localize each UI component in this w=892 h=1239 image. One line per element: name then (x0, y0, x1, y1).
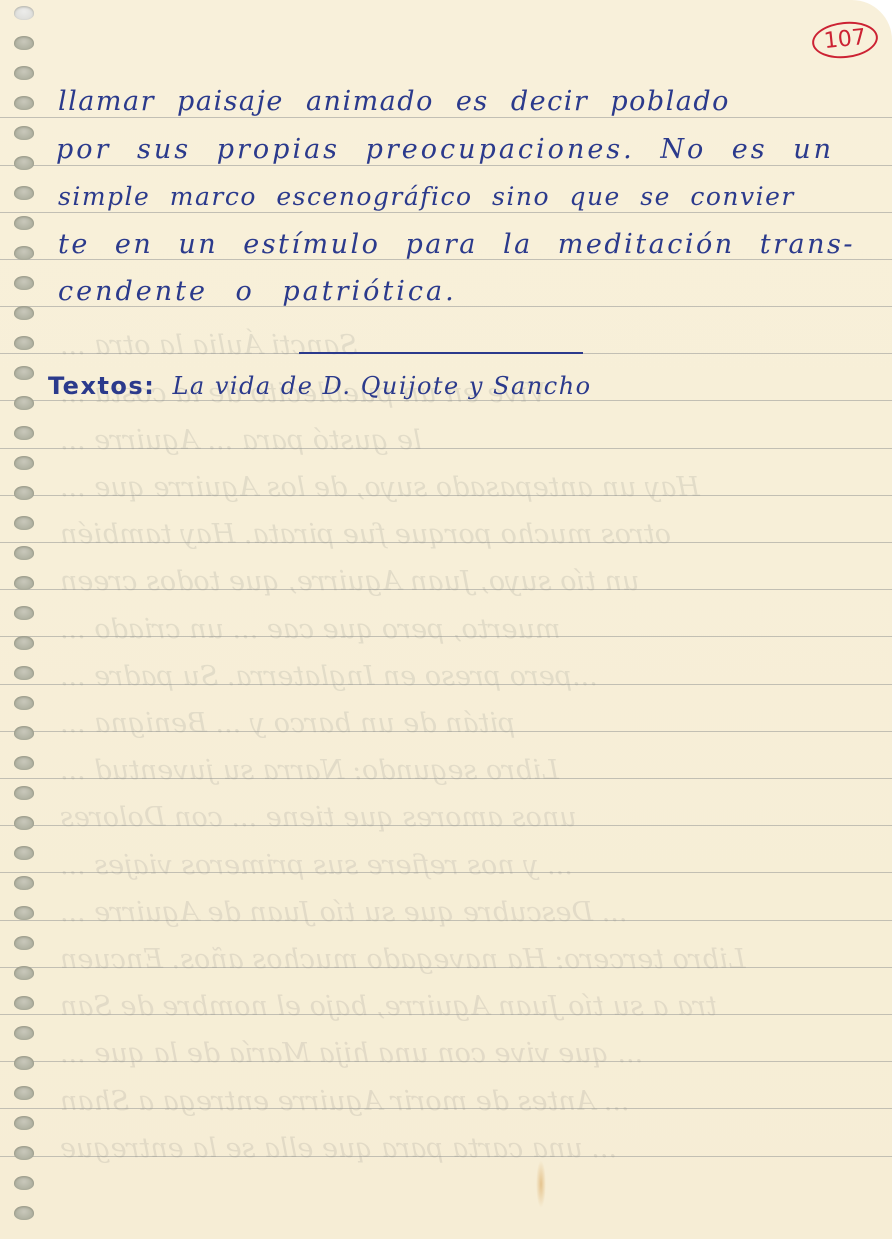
binding-hole (14, 336, 34, 350)
page-number-badge: 107 (810, 19, 879, 62)
ghost-line: otros mucho porque fue pirata. Hay tambi… (60, 519, 671, 550)
binding-hole (14, 276, 34, 290)
binding-hole (14, 1176, 34, 1190)
texts-label: Textos: (48, 372, 155, 400)
ghost-line: Libro tercero: Ha navegado muchos años. … (60, 944, 746, 975)
binding-hole (14, 366, 34, 380)
binding-hole (14, 756, 34, 770)
ghost-line: un tío suyo, Juan Aguirre, que todos cre… (60, 566, 639, 597)
binding-hole (14, 876, 34, 890)
binding-hole (14, 156, 34, 170)
binding-hole (14, 486, 34, 500)
binding-hole (14, 546, 34, 560)
body-line: llamar paisaje animado es decir poblado (58, 88, 730, 115)
binding-hole (14, 426, 34, 440)
binding-hole (14, 1206, 34, 1220)
binding-hole (14, 606, 34, 620)
binding-hole (14, 6, 34, 20)
binding-hole (14, 126, 34, 140)
ghost-line: ... y nos refiere sus primeros viajes ..… (60, 850, 573, 881)
body-line: te en un estímulo para la meditación tra… (58, 231, 855, 258)
binding-hole (14, 906, 34, 920)
body-line: por sus propias preocupaciones. No es un (56, 136, 834, 163)
binding-hole (14, 726, 34, 740)
notebook-page: Sancti Áulia la otra ... Vive en un pueb… (0, 0, 892, 1239)
binding-hole (14, 186, 34, 200)
ghost-line: le gustó para ... Aguirre ... (60, 425, 422, 456)
section-divider (299, 352, 583, 354)
binding-hole (14, 456, 34, 470)
binding-hole (14, 96, 34, 110)
binding-hole (14, 846, 34, 860)
ghost-line: ... Antes de morir Aguirre entrega a Sha… (60, 1086, 630, 1117)
binding-hole (14, 936, 34, 950)
binding-hole (14, 1056, 34, 1070)
binding-hole (14, 816, 34, 830)
binding-hole (14, 216, 34, 230)
ghost-line: pitán de un barco y ... Benigna ... (60, 708, 515, 739)
binding-hole (14, 696, 34, 710)
binding-hole (14, 1086, 34, 1100)
ghost-line: ... Descubre que su tío Juan de Aguirre … (60, 897, 628, 928)
binding-hole (14, 636, 34, 650)
texts-line: Textos: La vida de D. Quijote y Sancho (48, 374, 592, 398)
binding-hole (14, 66, 34, 80)
rule-line (0, 212, 892, 213)
binding-hole (14, 966, 34, 980)
body-line: cendente o patriótica. (58, 278, 457, 305)
binding-hole (14, 36, 34, 50)
binding-hole (14, 996, 34, 1010)
ghost-line: ...pero preso en Inglaterra. Su padre ..… (60, 661, 598, 692)
binding-hole (14, 1116, 34, 1130)
binding-hole (14, 576, 34, 590)
rule-line (0, 117, 892, 118)
binding-hole (14, 786, 34, 800)
binding-hole (14, 396, 34, 410)
texts-value: La vida de D. Quijote y Sancho (172, 372, 591, 400)
paper-stain (536, 1160, 546, 1208)
ghost-line: unos amores que tiene ... con Dolores (60, 802, 577, 833)
ghost-line: Hay un antepasado suyo, de los Aguirre q… (60, 472, 700, 503)
rule-line (0, 165, 892, 166)
binding-hole (14, 246, 34, 260)
ghost-line: tra a su tío Juan Aguirre, bajo el nombr… (60, 991, 717, 1022)
binding-hole (14, 666, 34, 680)
ghost-line: Sancti Áulia la otra ... (60, 330, 358, 361)
binding-hole (14, 1146, 34, 1160)
binding-hole (14, 516, 34, 530)
ghost-line: ... una carta para que ella se la entreg… (60, 1133, 617, 1164)
ghost-line: muerto, pero que cae ... un criado ... (60, 614, 561, 645)
ghost-line: ... que vive con una hija María de la qu… (60, 1038, 643, 1069)
ghost-line: Libro segundo: Narra su juventud ... (60, 755, 559, 786)
binding-hole (14, 1026, 34, 1040)
binding-hole (14, 306, 34, 320)
body-line: simple marco escenográfico sino que se c… (58, 184, 795, 209)
